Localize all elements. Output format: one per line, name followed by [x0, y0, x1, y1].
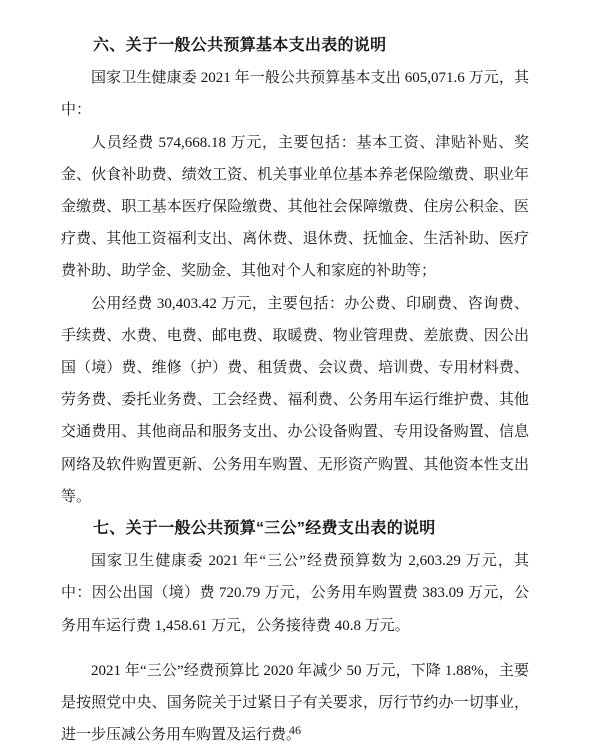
paragraph-public-funds: 公用经费 30,403.42 万元，主要包括：办公费、印刷费、咨询费、手续费、水… [61, 288, 529, 513]
paragraph-three-public-budget: 国家卫生健康委 2021 年“三公”经费预算数为 2,603.29 万元，其中：… [61, 545, 529, 642]
section-heading-three-public-expenses: 七、关于一般公共预算“三公”经费支出表的说明 [61, 513, 529, 545]
document-content: 六、关于一般公共预算基本支出表的说明 国家卫生健康委 2021 年一般公共预算基… [61, 30, 529, 750]
page-number: 46 [0, 723, 590, 738]
paragraph-personnel-funds: 人员经费 574,668.18 万元，主要包括：基本工资、津贴补贴、奖金、伙食补… [61, 127, 529, 288]
paragraph-basic-expenditure-total: 国家卫生健康委 2021 年一般公共预算基本支出 605,071.6 万元，其中… [61, 62, 529, 126]
section-heading-basic-expenditure: 六、关于一般公共预算基本支出表的说明 [61, 30, 529, 62]
document-page: 六、关于一般公共预算基本支出表的说明 国家卫生健康委 2021 年一般公共预算基… [0, 0, 590, 750]
